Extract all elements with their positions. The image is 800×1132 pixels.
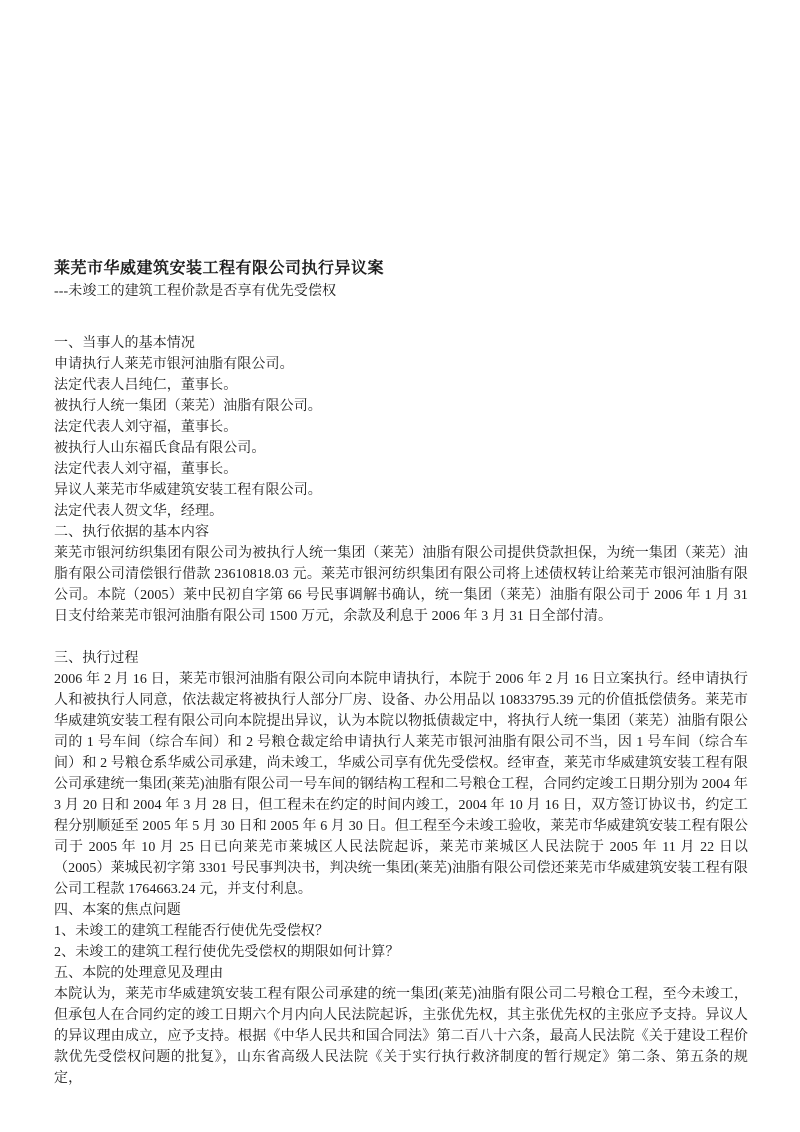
section-heading: 三、执行过程 bbox=[54, 648, 748, 669]
paragraph: 2、未竣工的建筑工程行使优先受偿权的期限如何计算？ bbox=[54, 942, 748, 963]
paragraph: 法定代表人刘守福，董事长。 bbox=[54, 417, 748, 438]
section-heading: 一、当事人的基本情况 bbox=[54, 333, 748, 354]
document-title: 莱芜市华威建筑安装工程有限公司执行异议案 bbox=[54, 257, 748, 281]
paragraph: 异议人莱芜市华威建筑安装工程有限公司。 bbox=[54, 480, 748, 501]
paragraph: 本院认为，莱芜市华威建筑安装工程有限公司承建的统一集团(莱芜)油脂有限公司二号粮… bbox=[54, 984, 748, 1089]
paragraph: 申请执行人莱芜市银河油脂有限公司。 bbox=[54, 354, 748, 375]
paragraph: 被执行人山东福氏食品有限公司。 bbox=[54, 438, 748, 459]
paragraph: 法定代表人吕纯仁，董事长。 bbox=[54, 375, 748, 396]
document-content: 莱芜市华威建筑安装工程有限公司执行异议案 ---未竣工的建筑工程价款是否享有优先… bbox=[54, 257, 748, 1089]
section-heading: 五、本院的处理意见及理由 bbox=[54, 963, 748, 984]
document-body: 一、当事人的基本情况申请执行人莱芜市银河油脂有限公司。法定代表人吕纯仁，董事长。… bbox=[54, 333, 748, 1089]
paragraph: 1、未竣工的建筑工程能否行使优先受偿权？ bbox=[54, 921, 748, 942]
paragraph: 法定代表人刘守福，董事长。 bbox=[54, 459, 748, 480]
section-heading: 二、执行依据的基本内容 bbox=[54, 522, 748, 543]
paragraph: 被执行人统一集团（莱芜）油脂有限公司。 bbox=[54, 396, 748, 417]
paragraph: 莱芜市银河纺织集团有限公司为被执行人统一集团（莱芜）油脂有限公司提供贷款担保，为… bbox=[54, 543, 748, 627]
title-gap bbox=[54, 302, 748, 333]
paragraph: 2006 年 2 月 16 日，莱芜市银河油脂有限公司向本院申请执行，本院于 2… bbox=[54, 669, 748, 900]
document-subtitle: ---未竣工的建筑工程价款是否享有优先受偿权 bbox=[54, 281, 748, 302]
paragraph: 法定代表人贺文华，经理。 bbox=[54, 501, 748, 522]
document-page: 莱芜市华威建筑安装工程有限公司执行异议案 ---未竣工的建筑工程价款是否享有优先… bbox=[0, 0, 800, 1132]
blank-line bbox=[54, 627, 748, 648]
section-heading: 四、本案的焦点问题 bbox=[54, 900, 748, 921]
